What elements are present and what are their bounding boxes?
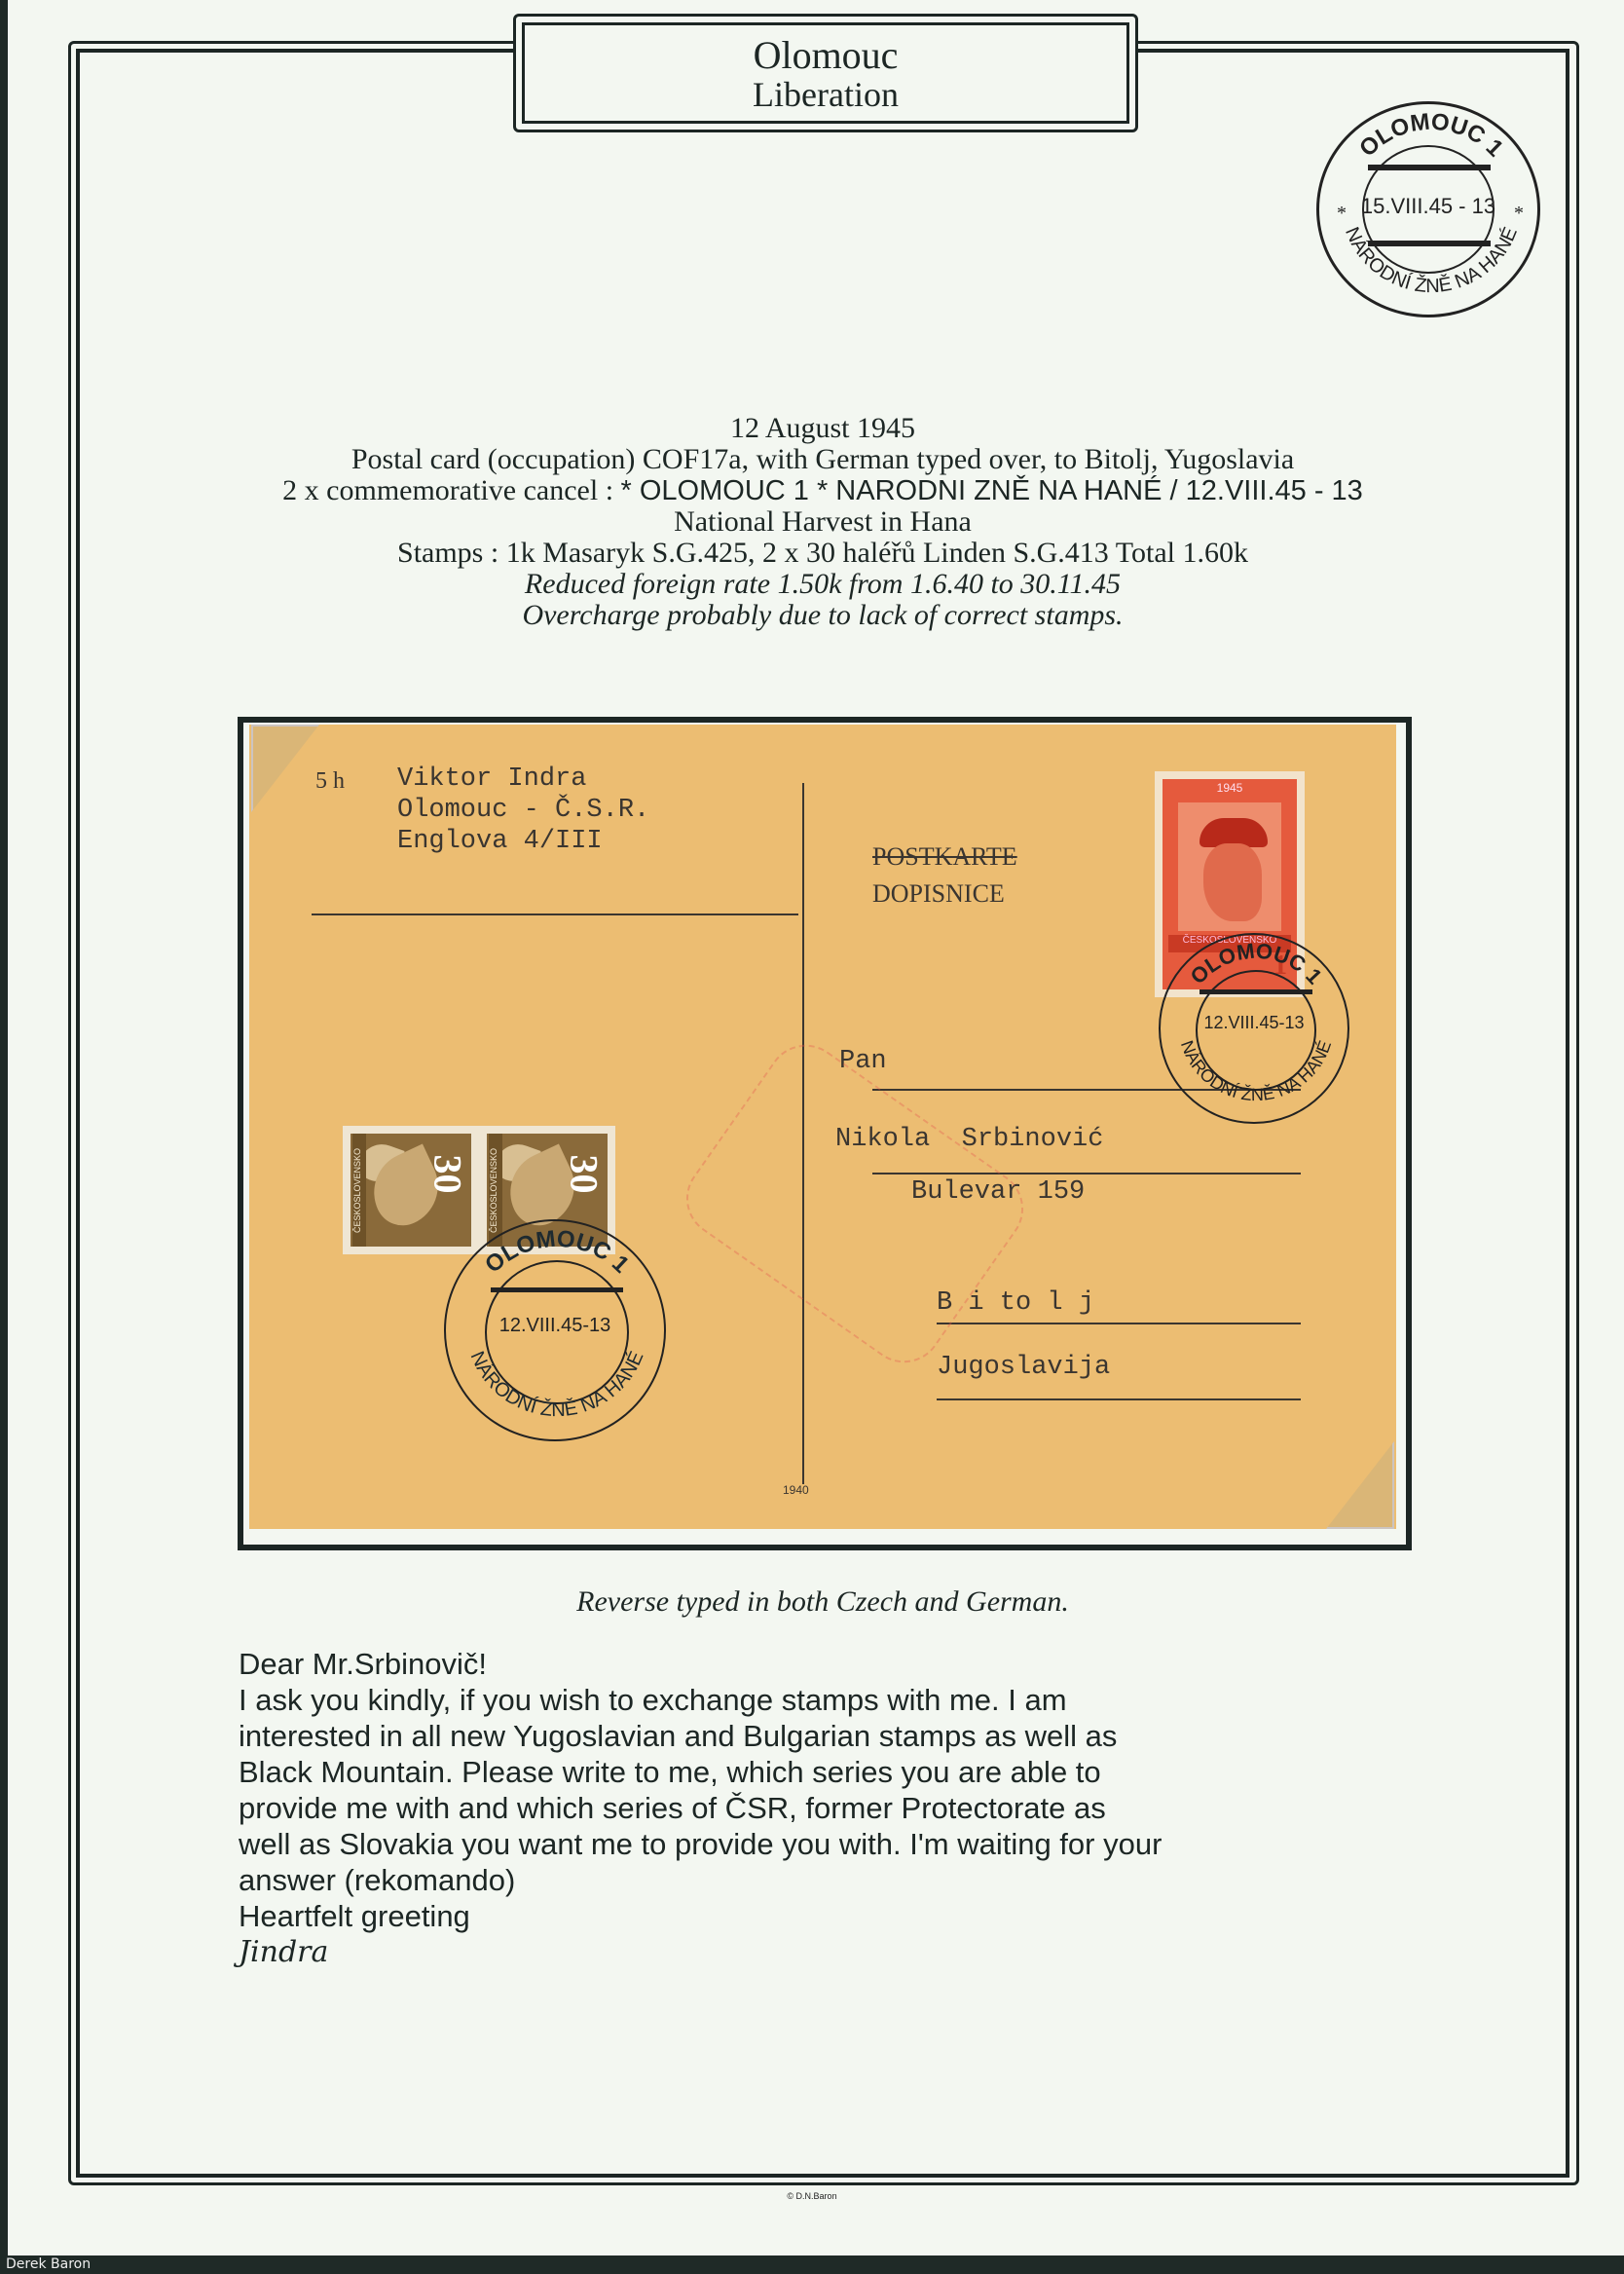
card-type: DOPISNICE bbox=[872, 878, 1005, 910]
description-line3: National Harvest in Hana bbox=[97, 506, 1548, 538]
letter-line: Heartfelt greeting bbox=[239, 1898, 1456, 1934]
title-box: Olomouc Liberation bbox=[513, 14, 1138, 132]
description-line2: 2 x commemorative cancel : * OLOMOUC 1 *… bbox=[97, 475, 1548, 506]
svg-text:OLOMOUC 1: OLOMOUC 1 bbox=[1185, 939, 1326, 989]
imprint-year: 1940 bbox=[783, 1474, 809, 1506]
scan-bottom-edge bbox=[0, 2255, 1624, 2274]
scan-edge bbox=[0, 0, 8, 2274]
svg-text:NÁRODNÍ ŽNĚ NA HANÉ: NÁRODNÍ ŽNĚ NA HANÉ bbox=[1177, 1038, 1335, 1104]
svg-text:*: * bbox=[1337, 203, 1347, 224]
letter-signature: Jindra bbox=[239, 1934, 1456, 1970]
svg-text:OLOMOUC 1: OLOMOUC 1 bbox=[480, 1226, 634, 1279]
recipient-country: Jugoslavija bbox=[937, 1352, 1110, 1383]
description-date: 12 August 1945 bbox=[97, 413, 1548, 444]
description-line6: Overcharge probably due to lack of corre… bbox=[97, 600, 1548, 631]
sender-street: Englova 4/III bbox=[397, 826, 603, 857]
svg-text:NÁRODNÍ ŽNĚ NA HANÉ: NÁRODNÍ ŽNĚ NA HANÉ bbox=[1341, 224, 1522, 297]
letter-line: I ask you kindly, if you wish to exchang… bbox=[239, 1682, 1456, 1718]
sender-divider bbox=[312, 913, 798, 915]
letter-translation: Dear Mr.Srbinovič! I ask you kindly, if … bbox=[239, 1646, 1456, 1970]
letter-line: answer (rekomando) bbox=[239, 1862, 1456, 1898]
svg-text:*: * bbox=[1514, 203, 1524, 224]
cancel-postmark-masaryk: 12.VIII.45-13 OLOMOUC 1 NÁRODNÍ ŽNĚ NA H… bbox=[1159, 933, 1349, 1124]
address-line-3 bbox=[937, 1323, 1301, 1324]
mount-corner-top-left bbox=[251, 725, 319, 812]
svg-text:NÁRODNÍ ŽNĚ NA HANÉ: NÁRODNÍ ŽNĚ NA HANÉ bbox=[465, 1348, 647, 1421]
cancel-postmark-linden: 12.VIII.45-13 OLOMOUC 1 NÁRODNÍ ŽNĚ NA H… bbox=[444, 1219, 666, 1441]
example-cancel-ring-text: OLOMOUC 1 NÁRODNÍ ŽNĚ NA HANÉ * * bbox=[1319, 104, 1543, 320]
sender-name: Viktor Indra bbox=[397, 764, 586, 795]
letter-line: Dear Mr.Srbinovič! bbox=[239, 1646, 1456, 1682]
svg-text:OLOMOUC 1: OLOMOUC 1 bbox=[1354, 109, 1508, 163]
photographer-credit: Derek Baron bbox=[6, 2256, 91, 2272]
reverse-note: Reverse typed in both Czech and German. bbox=[97, 1585, 1548, 1619]
copyright-notice: © D.N.Baron bbox=[0, 2191, 1624, 2201]
page-subtitle: Liberation bbox=[525, 76, 1126, 113]
red-faint-handstamp bbox=[671, 1029, 1039, 1378]
letter-line: Black Mountain. Please write to me, whic… bbox=[239, 1754, 1456, 1790]
item-description: 12 August 1945 Postal card (occupation) … bbox=[97, 413, 1548, 631]
card-type-struck: POSTKARTE bbox=[872, 841, 1017, 873]
mount-corner-bottom-right bbox=[1326, 1441, 1394, 1529]
letter-line: provide me with and which series of ČSR,… bbox=[239, 1790, 1456, 1826]
letter-line: interested in all new Yugoslavian and Bu… bbox=[239, 1718, 1456, 1754]
postal-card: 5 h Viktor Indra Olomouc - Č.S.R. Englov… bbox=[249, 725, 1396, 1529]
description-line5: Reduced foreign rate 1.50k from 1.6.40 t… bbox=[97, 569, 1548, 600]
example-cancel-postmark: 15.VIII.45 - 13 OLOMOUC 1 NÁRODNÍ ŽNĚ NA… bbox=[1316, 101, 1540, 317]
address-line-4 bbox=[937, 1398, 1301, 1400]
sender-city: Olomouc - Č.S.R. bbox=[397, 795, 649, 826]
page-title: Olomouc bbox=[525, 35, 1126, 76]
description-line4: Stamps : 1k Masaryk S.G.425, 2 x 30 halé… bbox=[97, 538, 1548, 569]
sender-rate: 5 h bbox=[315, 765, 345, 797]
description-line1: Postal card (occupation) COF17a, with Ge… bbox=[97, 444, 1548, 475]
letter-line: well as Slovakia you want me to provide … bbox=[239, 1826, 1456, 1862]
